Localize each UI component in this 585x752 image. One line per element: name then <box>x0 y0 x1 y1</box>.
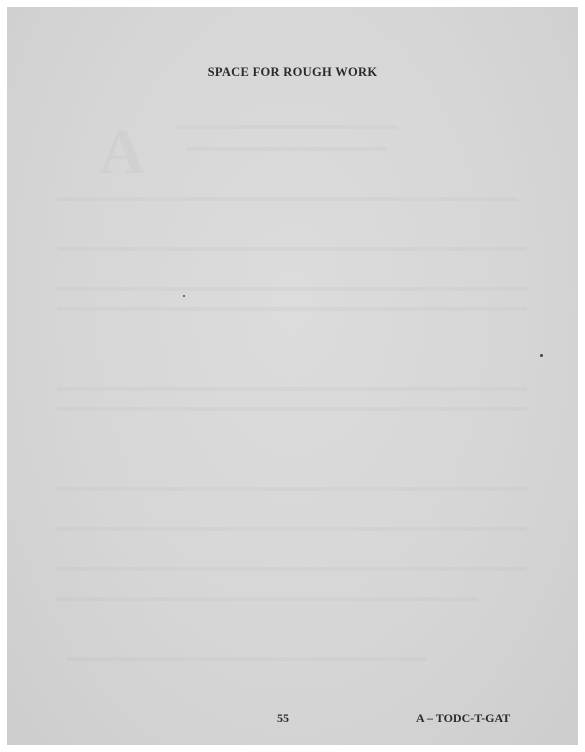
bleed-line <box>57 247 527 251</box>
document-page: A SPACE FOR ROUGH WORK 55 A – TODC-T-GAT <box>7 7 578 745</box>
bleed-line <box>57 287 527 291</box>
bleed-line <box>57 197 517 201</box>
bleed-line <box>57 487 527 491</box>
bleed-line <box>57 527 527 531</box>
page-heading: SPACE FOR ROUGH WORK <box>7 65 578 80</box>
bleed-line <box>57 567 527 571</box>
bleed-line <box>57 387 527 391</box>
bleed-line <box>57 407 527 411</box>
bleed-line <box>57 597 477 601</box>
ink-speck <box>183 295 185 297</box>
bleed-through-letter: A <box>99 115 145 189</box>
bleed-line <box>177 125 397 129</box>
ink-speck <box>540 354 543 357</box>
bleed-line <box>57 307 527 311</box>
bleed-line <box>187 147 387 151</box>
document-code: A – TODC-T-GAT <box>416 711 510 726</box>
reverse-side-bleed-through: A <box>7 7 578 745</box>
bleed-line <box>67 657 427 661</box>
page-number: 55 <box>277 711 289 726</box>
